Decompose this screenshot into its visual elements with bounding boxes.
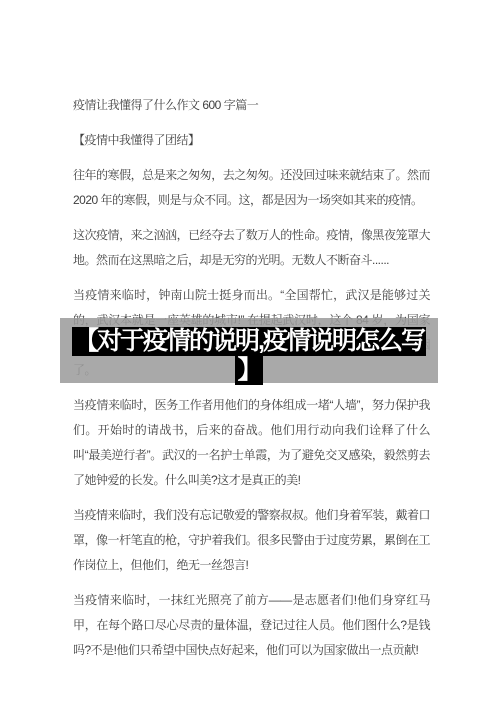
essay-paragraph: 这次疫情，来之汹汹，已经夺去了数万人的性命。疫情，像黑夜笼罩大地。然而在这黑暗之… bbox=[73, 223, 430, 273]
essay-paragraph: 当疫情来临时，医务工作者用他们的身体组成一堵“人墙”，努力保护我们。开始时的请战… bbox=[73, 393, 430, 493]
essay-paragraph: 往年的寒假，总是来之匆匆，去之匆匆。还没回过味来就结束了。然而 2020 年的寒… bbox=[73, 163, 430, 213]
overlay-title-line2: 】 bbox=[235, 356, 262, 385]
essay-heading: 疫情让我懂得了什么作文 600 字篇一 bbox=[73, 93, 430, 118]
essay-paragraph: 当疫情来临时，我们没有忘记敬爱的警察叔叔。他们身着军装，戴着口罩，像一杆笔直的枪… bbox=[73, 503, 430, 578]
overlay-title-line1: 【对于疫情的说明,疫情说明怎么写 bbox=[72, 327, 426, 356]
document-page: 疫情让我懂得了什么作文 600 字篇一 【疫情中我懂得了团结】 往年的寒假，总是… bbox=[0, 0, 500, 706]
overlay-title: 【对于疫情的说明,疫情说明怎么写 】 bbox=[60, 327, 438, 385]
essay-subheading: 【疫情中我懂得了团结】 bbox=[73, 128, 430, 153]
essay-paragraph: 当疫情来临时，一抹红光照亮了前方——是志愿者们!他们身穿红马甲，在每个路口尽心尽… bbox=[73, 588, 430, 663]
